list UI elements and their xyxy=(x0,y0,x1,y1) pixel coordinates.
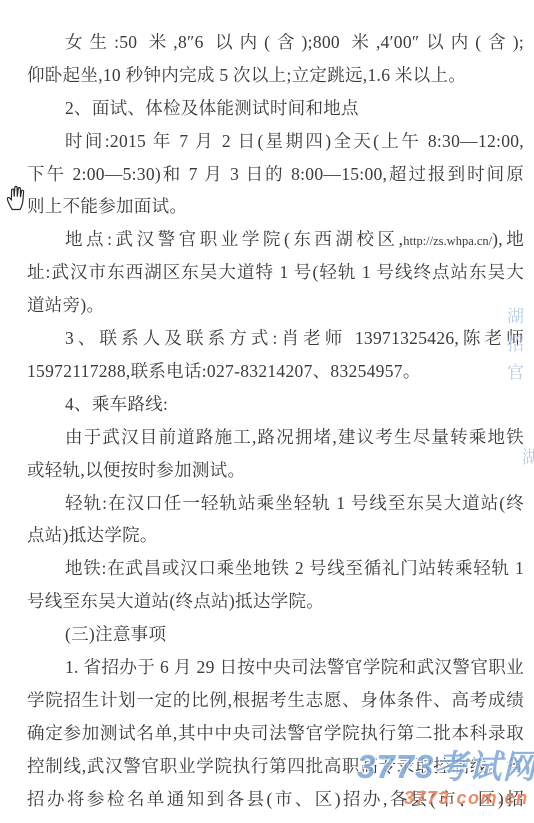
text-line: 号线至东吴大道站(终点站)抵达学院。 xyxy=(27,585,524,618)
text-line: 点站)抵达学院。 xyxy=(27,519,524,552)
watermark-char: 湖 xyxy=(507,308,524,325)
url-text: http://zs.whpa.cn/ xyxy=(403,234,492,248)
text-line: 女生:50 米,8″6 以内(含);800 米,4′00″以内(含); xyxy=(65,26,524,59)
text-line: 时间:2015 年 7 月 2 日(星期四)全天(上午 8:30—12:00, xyxy=(65,125,524,158)
text-line: 地铁:在武昌或汉口乘坐地铁 2 号线至循礼门站转乘轻轨 1 xyxy=(65,552,524,585)
text-line: 下午 2:00—5:30)和 7 月 3 日的 8:00—15:00,超过报到时… xyxy=(27,158,524,191)
text-line: 道站旁)。 xyxy=(27,289,524,322)
section-heading: 3、联系人及联系方式:肖老师 13971325426,陈老师 xyxy=(65,322,524,355)
watermark-char: 官 xyxy=(507,364,524,381)
section-heading: 2、面试、体检及体能测试时间和地点 xyxy=(65,92,524,125)
text-line-with-url: 地点:武汉警官职业学院(东西湖校区,http://zs.whpa.cn/),地 xyxy=(65,223,524,256)
site-domain-watermark: 3773.com.cn xyxy=(404,788,529,808)
vertical-watermark: 湖 招 官 xyxy=(507,308,524,381)
text-line: 确定参加测试名单,其中中央司法警官学院执行第二批本科录取 xyxy=(27,717,524,750)
text-line: 仰卧起坐,10 秒钟内完成 5 次以上;立定跳远,1.6 米以上。 xyxy=(27,59,524,92)
text-line: 则上不能参加面试。 xyxy=(27,190,524,223)
hand-cursor-icon xyxy=(5,184,29,211)
text-segment: 地点:武汉警官职业学院(东西湖校区, xyxy=(65,229,403,249)
document-page[interactable]: 女生:50 米,8″6 以内(含);800 米,4′00″以内(含); 仰卧起坐… xyxy=(0,0,534,823)
text-line: 或轻轨,以便按时参加测试。 xyxy=(27,454,524,487)
section-heading: 4、乘车路线: xyxy=(65,388,524,421)
text-segment: ),地 xyxy=(492,229,524,249)
watermark-char-partial: 湖 xyxy=(522,449,534,466)
text-line: 址:武汉市东西湖区东吴大道特 1 号(轻轨 1 号线终点站东吴大 xyxy=(27,256,524,289)
site-watermark: 3773考试网 xyxy=(357,749,534,785)
text-line: 由于武汉目前道路施工,路况拥堵,建议考生尽量转乘地铁 xyxy=(65,421,524,454)
text-line: 1. 省招办于 6 月 29 日按中央司法警官学院和武汉警官职业 xyxy=(65,651,524,684)
text-line: 15972117288,联系电话:027-83214207、83254957。 xyxy=(27,355,524,388)
watermark-char: 招 xyxy=(507,336,524,353)
section-heading: (三)注意事项 xyxy=(65,618,524,651)
text-line: 学院招生计划一定的比例,根据考生志愿、身体条件、高考成绩 xyxy=(27,684,524,717)
text-line: 轻轨:在汉口任一轻轨站乘坐轻轨 1 号线至东吴大道站(终 xyxy=(65,487,524,520)
